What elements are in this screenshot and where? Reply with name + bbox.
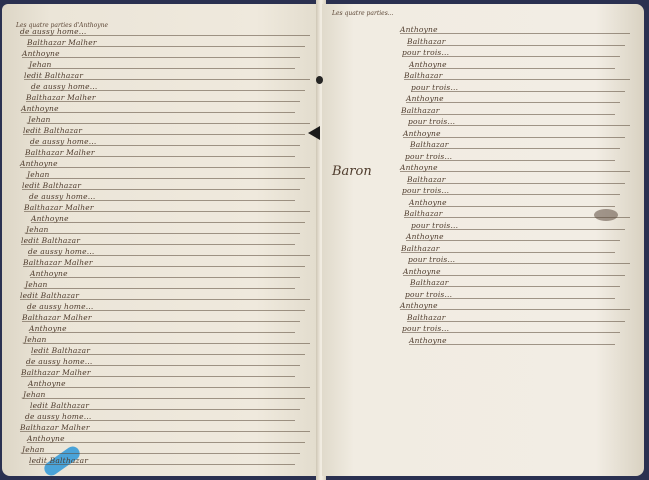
handwritten-line: Balthazar Malher	[24, 203, 94, 212]
handwritten-line: Balthazar	[407, 175, 446, 184]
handwritten-line: Jehan	[28, 115, 51, 124]
handwritten-line: Jehan	[29, 60, 52, 69]
handwritten-line: pour trois...	[405, 290, 452, 299]
ink-line	[27, 178, 305, 179]
handwritten-line: de aussy home...	[29, 192, 96, 201]
ink-line	[22, 57, 300, 58]
ink-line	[20, 167, 310, 168]
handwritten-line: Anthoyne	[31, 214, 69, 223]
handwritten-line: pour trois...	[402, 186, 449, 195]
handwritten-line: Anthoyne	[27, 434, 65, 443]
handwritten-line: Balthazar Malher	[22, 313, 92, 322]
handwritten-line: pour trois...	[402, 48, 449, 57]
hole-mark	[316, 76, 323, 84]
right-page: Les quatre parties... Baron AnthoyneBalt…	[322, 4, 644, 476]
handwritten-line: Anthoyne	[20, 159, 58, 168]
handwritten-line: Jehan	[23, 390, 46, 399]
manuscript-spread: Les quatre parties d'Anthoyne de aussy h…	[0, 0, 649, 480]
ink-line	[25, 288, 295, 289]
handwritten-line: Balthazar Malher	[27, 38, 97, 47]
handwritten-line: Anthoyne	[409, 60, 447, 69]
handwritten-line: ledit Balthazar	[22, 181, 81, 190]
handwritten-line: ledit Balthazar	[20, 291, 79, 300]
handwritten-line: de aussy home...	[27, 302, 94, 311]
handwritten-line: Balthazar Malher	[23, 258, 93, 267]
handwritten-line: Balthazar	[407, 37, 446, 46]
ink-line	[30, 277, 300, 278]
handwritten-line: Balthazar Malher	[21, 368, 91, 377]
ink-line	[29, 332, 295, 333]
ink-line	[23, 398, 305, 399]
handwritten-line: de aussy home...	[20, 27, 87, 36]
handwritten-line: ledit Balthazar	[31, 346, 90, 355]
page-clip	[308, 126, 320, 140]
handwritten-line: ledit Balthazar	[23, 126, 82, 135]
ink-line	[29, 68, 295, 69]
handwritten-line: pour trois...	[408, 117, 455, 126]
handwritten-line: Balthazar	[410, 140, 449, 149]
ink-line	[28, 123, 310, 124]
handwritten-line: Balthazar Malher	[26, 93, 96, 102]
handwritten-line: pour trois...	[411, 83, 458, 92]
handwritten-line: Anthoyne	[400, 25, 438, 34]
handwritten-line: ledit Balthazar	[29, 456, 88, 465]
handwritten-line: ledit Balthazar	[24, 71, 83, 80]
ink-line	[22, 453, 300, 454]
handwritten-line: Balthazar Malher	[25, 148, 95, 157]
ink-line	[21, 112, 295, 113]
handwritten-line: de aussy home...	[28, 247, 95, 256]
handwritten-line: Anthoyne	[406, 232, 444, 241]
handwritten-line: Anthoyne	[29, 324, 67, 333]
handwritten-line: Anthoyne	[22, 49, 60, 58]
right-header-note: Les quatre parties...	[332, 10, 394, 17]
ink-line	[26, 233, 300, 234]
ink-line	[31, 222, 305, 223]
handwritten-line: Anthoyne	[403, 129, 441, 138]
handwritten-line: Anthoyne	[409, 336, 447, 345]
handwritten-line: Balthazar	[404, 71, 443, 80]
handwritten-line: Balthazar Malher	[20, 423, 90, 432]
handwritten-line: de aussy home...	[25, 412, 92, 421]
handwritten-line: Jehan	[26, 225, 49, 234]
handwritten-line: pour trois...	[411, 221, 458, 230]
handwritten-line: pour trois...	[408, 255, 455, 264]
handwritten-line: ledit Balthazar	[30, 401, 89, 410]
handwritten-line: Anthoyne	[21, 104, 59, 113]
ink-stain	[594, 209, 618, 221]
handwritten-line: Jehan	[22, 445, 45, 454]
handwritten-line: Jehan	[27, 170, 50, 179]
handwritten-line: Anthoyne	[403, 267, 441, 276]
handwritten-line: Anthoyne	[400, 301, 438, 310]
left-page: Les quatre parties d'Anthoyne de aussy h…	[2, 4, 320, 476]
handwritten-line: de aussy home...	[30, 137, 97, 146]
handwritten-line: Jehan	[25, 280, 48, 289]
handwritten-line: Anthoyne	[400, 163, 438, 172]
handwritten-line: Balthazar	[401, 244, 440, 253]
handwritten-line: de aussy home...	[26, 357, 93, 366]
handwritten-line: Balthazar	[404, 209, 443, 218]
handwritten-line: Balthazar	[407, 313, 446, 322]
handwritten-line: pour trois...	[405, 152, 452, 161]
handwritten-line: Anthoyne	[30, 269, 68, 278]
ink-line	[27, 442, 305, 443]
handwritten-line: Anthoyne	[28, 379, 66, 388]
handwritten-line: Jehan	[24, 335, 47, 344]
handwritten-line: ledit Balthazar	[21, 236, 80, 245]
signature: Baron	[332, 164, 372, 179]
handwritten-line: Balthazar	[410, 278, 449, 287]
handwritten-line: de aussy home...	[31, 82, 98, 91]
handwritten-line: pour trois...	[402, 324, 449, 333]
handwritten-line: Anthoyne	[409, 198, 447, 207]
handwritten-line: Balthazar	[401, 106, 440, 115]
handwritten-line: Anthoyne	[406, 94, 444, 103]
ink-line	[24, 343, 310, 344]
ink-line	[28, 387, 310, 388]
